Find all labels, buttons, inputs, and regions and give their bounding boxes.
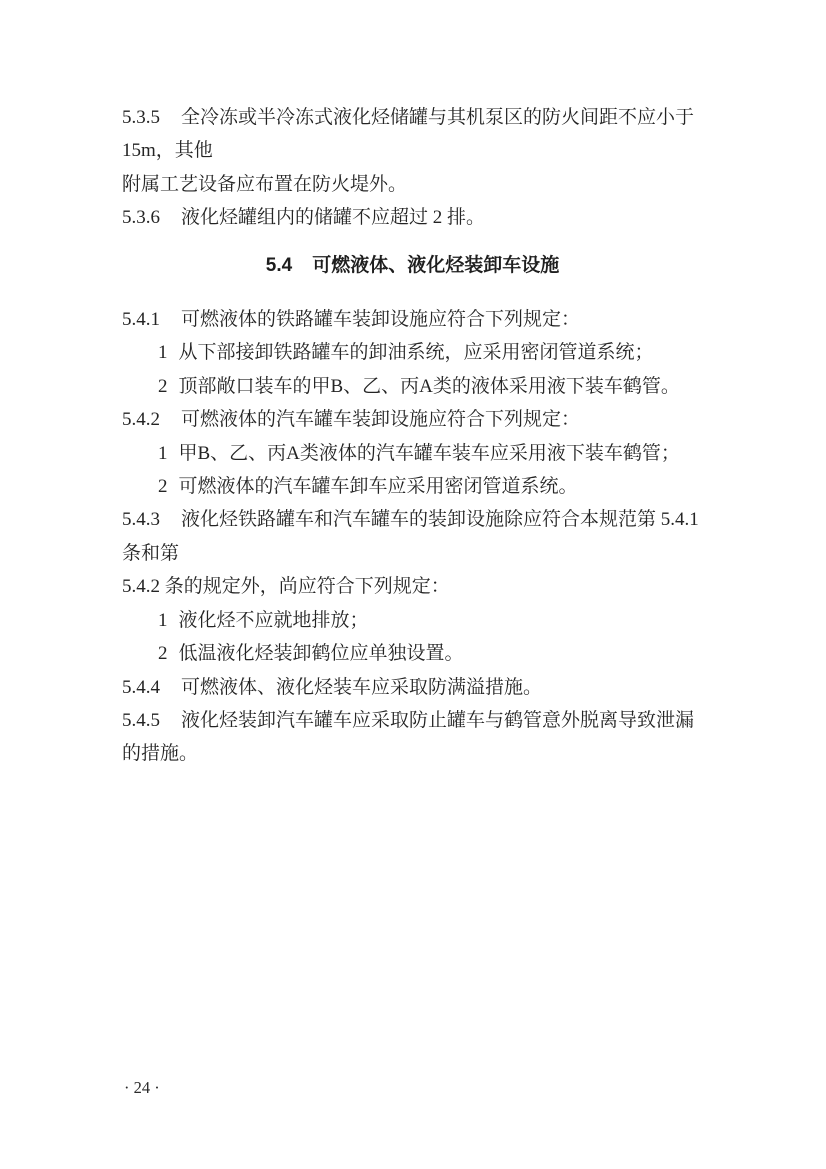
- clause-text: 可燃液体的铁路罐车装卸设施应符合下列规定：: [181, 309, 580, 330]
- subitem-number: 2: [158, 370, 168, 403]
- subitem-text: 从下部接卸铁路罐车的卸油系统，应采用密闭管道系统；: [179, 342, 654, 363]
- document-page: 5.3.5全冷冻或半冷冻式液化烃储罐与其机泵区的防火间距不应小于 15m，其他 …: [0, 0, 826, 1169]
- subitem-5-4-2-1: 1甲B、乙、丙A类液体的汽车罐车装车应采用液下装车鹤管；: [122, 437, 703, 470]
- subitem-text: 可燃液体的汽车罐车卸车应采用密闭管道系统。: [179, 476, 578, 497]
- clause-text: 液化烃罐组内的储罐不应超过 2 排。: [181, 207, 485, 228]
- subitem-number: 1: [158, 604, 168, 637]
- clause-5-4-5: 5.4.5液化烃装卸汽车罐车应采取防止罐车与鹤管意外脱离导致泄漏的措施。: [122, 704, 703, 771]
- clause-text: 可燃液体、液化烃装车应采取防满溢措施。: [181, 677, 542, 698]
- subitem-text: 顶部敞口装车的甲B、乙、丙A类的液体采用液下装车鹤管。: [179, 376, 680, 397]
- clause-number: 5.4.4: [122, 671, 160, 704]
- clause-5-3-6: 5.3.6液化烃罐组内的储罐不应超过 2 排。: [122, 201, 703, 234]
- clause-text: 液化烃铁路罐车和汽车罐车的装卸设施除应符合本规范第 5.4.1 条和第: [122, 509, 699, 563]
- subitem-5-4-1-2: 2顶部敞口装车的甲B、乙、丙A类的液体采用液下装车鹤管。: [122, 370, 703, 403]
- subitem-number: 1: [158, 336, 168, 369]
- clause-5-4-4: 5.4.4可燃液体、液化烃装车应采取防满溢措施。: [122, 671, 703, 704]
- subitem-5-4-3-2: 2低温液化烃装卸鹤位应单独设置。: [122, 637, 703, 670]
- clause-5-3-5-continuation: 附属工艺设备应布置在防火堤外。: [122, 168, 703, 201]
- subitem-5-4-3-1: 1液化烃不应就地排放；: [122, 604, 703, 637]
- subitem-number: 1: [158, 437, 168, 470]
- subitem-text: 甲B、乙、丙A类液体的汽车罐车装车应采用液下装车鹤管；: [179, 443, 680, 464]
- clause-5-3-5: 5.3.5全冷冻或半冷冻式液化烃储罐与其机泵区的防火间距不应小于 15m，其他: [122, 101, 703, 168]
- subitem-number: 2: [158, 470, 168, 503]
- subitem-text: 低温液化烃装卸鹤位应单独设置。: [179, 643, 464, 664]
- subitem-5-4-2-2: 2可燃液体的汽车罐车卸车应采用密闭管道系统。: [122, 470, 703, 503]
- clause-number: 5.3.6: [122, 201, 160, 234]
- clause-5-4-3-continuation: 5.4.2 条的规定外，尚应符合下列规定：: [122, 570, 703, 603]
- clause-5-4-2: 5.4.2可燃液体的汽车罐车装卸设施应符合下列规定：: [122, 403, 703, 436]
- clause-5-4-3: 5.4.3液化烃铁路罐车和汽车罐车的装卸设施除应符合本规范第 5.4.1 条和第: [122, 503, 703, 570]
- subitem-5-4-1-1: 1从下部接卸铁路罐车的卸油系统，应采用密闭管道系统；: [122, 336, 703, 369]
- clause-text: 全冷冻或半冷冻式液化烃储罐与其机泵区的防火间距不应小于 15m，其他: [122, 107, 694, 161]
- section-title: 可燃液体、液化烃装卸车设施: [312, 255, 559, 276]
- clause-number: 5.4.2: [122, 403, 160, 436]
- section-number: 5.4: [266, 255, 292, 276]
- subitem-text: 液化烃不应就地排放；: [179, 610, 369, 631]
- clause-number: 5.4.3: [122, 503, 160, 536]
- clause-number: 5.4.5: [122, 704, 160, 737]
- subitem-number: 2: [158, 637, 168, 670]
- clause-5-4-1: 5.4.1可燃液体的铁路罐车装卸设施应符合下列规定：: [122, 303, 703, 336]
- page-content: 5.3.5全冷冻或半冷冻式液化烃储罐与其机泵区的防火间距不应小于 15m，其他 …: [122, 101, 703, 771]
- clause-text: 液化烃装卸汽车罐车应采取防止罐车与鹤管意外脱离导致泄漏的措施。: [122, 710, 694, 764]
- page-number: · 24 ·: [124, 1078, 160, 1098]
- section-heading: 5.4可燃液体、液化烃装卸车设施: [122, 249, 703, 282]
- clause-number: 5.4.1: [122, 303, 160, 336]
- clause-text: 可燃液体的汽车罐车装卸设施应符合下列规定：: [181, 409, 580, 430]
- clause-number: 5.3.5: [122, 101, 160, 134]
